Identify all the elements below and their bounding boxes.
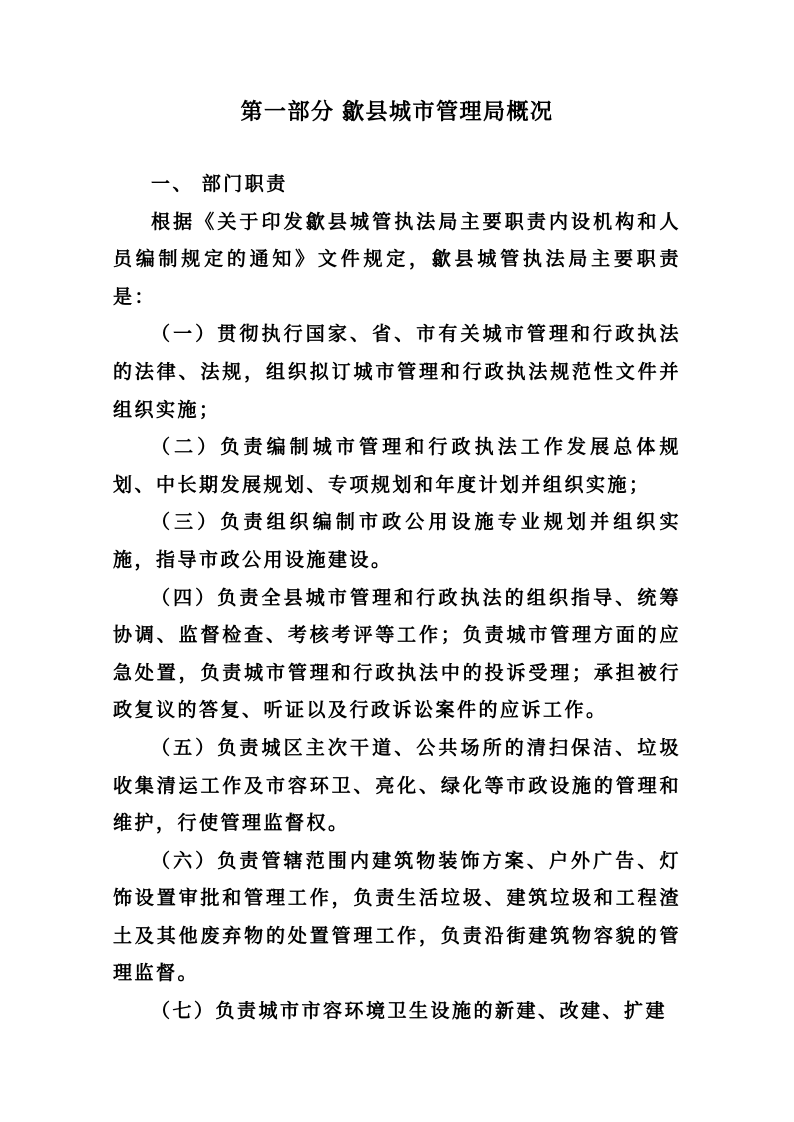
paragraph-duty-5: （五）负责城区主次干道、公共场所的清扫保洁、垃圾收集清运工作及市容环卫、亮化、绿… [113,730,681,843]
paragraph-duty-6: （六）负责管辖范围内建筑物装饰方案、户外广告、灯饰设置审批和管理工作，负责生活垃… [113,843,681,993]
paragraph-duty-7: （七）负责城市市容环境卫生设施的新建、改建、扩建 [113,993,681,1031]
document-page: 第一部分 歙县城市管理局概况 一、 部门职责 根据《关于印发歙县城管执法局主要职… [0,0,794,1122]
paragraph-duty-4: （四）负责全县城市管理和行政执法的组织指导、统筹协调、监督检查、考核考评等工作；… [113,580,681,730]
document-title: 第一部分 歙县城市管理局概况 [113,96,681,128]
paragraph-intro: 根据《关于印发歙县城管执法局主要职责内设机构和人员编制规定的通知》文件规定，歙县… [113,204,681,317]
section-heading: 一、 部门职责 [113,166,681,204]
paragraph-duty-1: （一）贯彻执行国家、省、市有关城市管理和行政执法的法律、法规，组织拟订城市管理和… [113,316,681,429]
document-content: 第一部分 歙县城市管理局概况 一、 部门职责 根据《关于印发歙县城管执法局主要职… [113,96,681,1031]
document-body: 根据《关于印发歙县城管执法局主要职责内设机构和人员编制规定的通知》文件规定，歙县… [113,204,681,1031]
paragraph-duty-3: （三）负责组织编制市政公用设施专业规划并组织实施，指导市政公用设施建设。 [113,504,681,579]
paragraph-duty-2: （二）负责编制城市管理和行政执法工作发展总体规划、中长期发展规划、专项规划和年度… [113,429,681,504]
